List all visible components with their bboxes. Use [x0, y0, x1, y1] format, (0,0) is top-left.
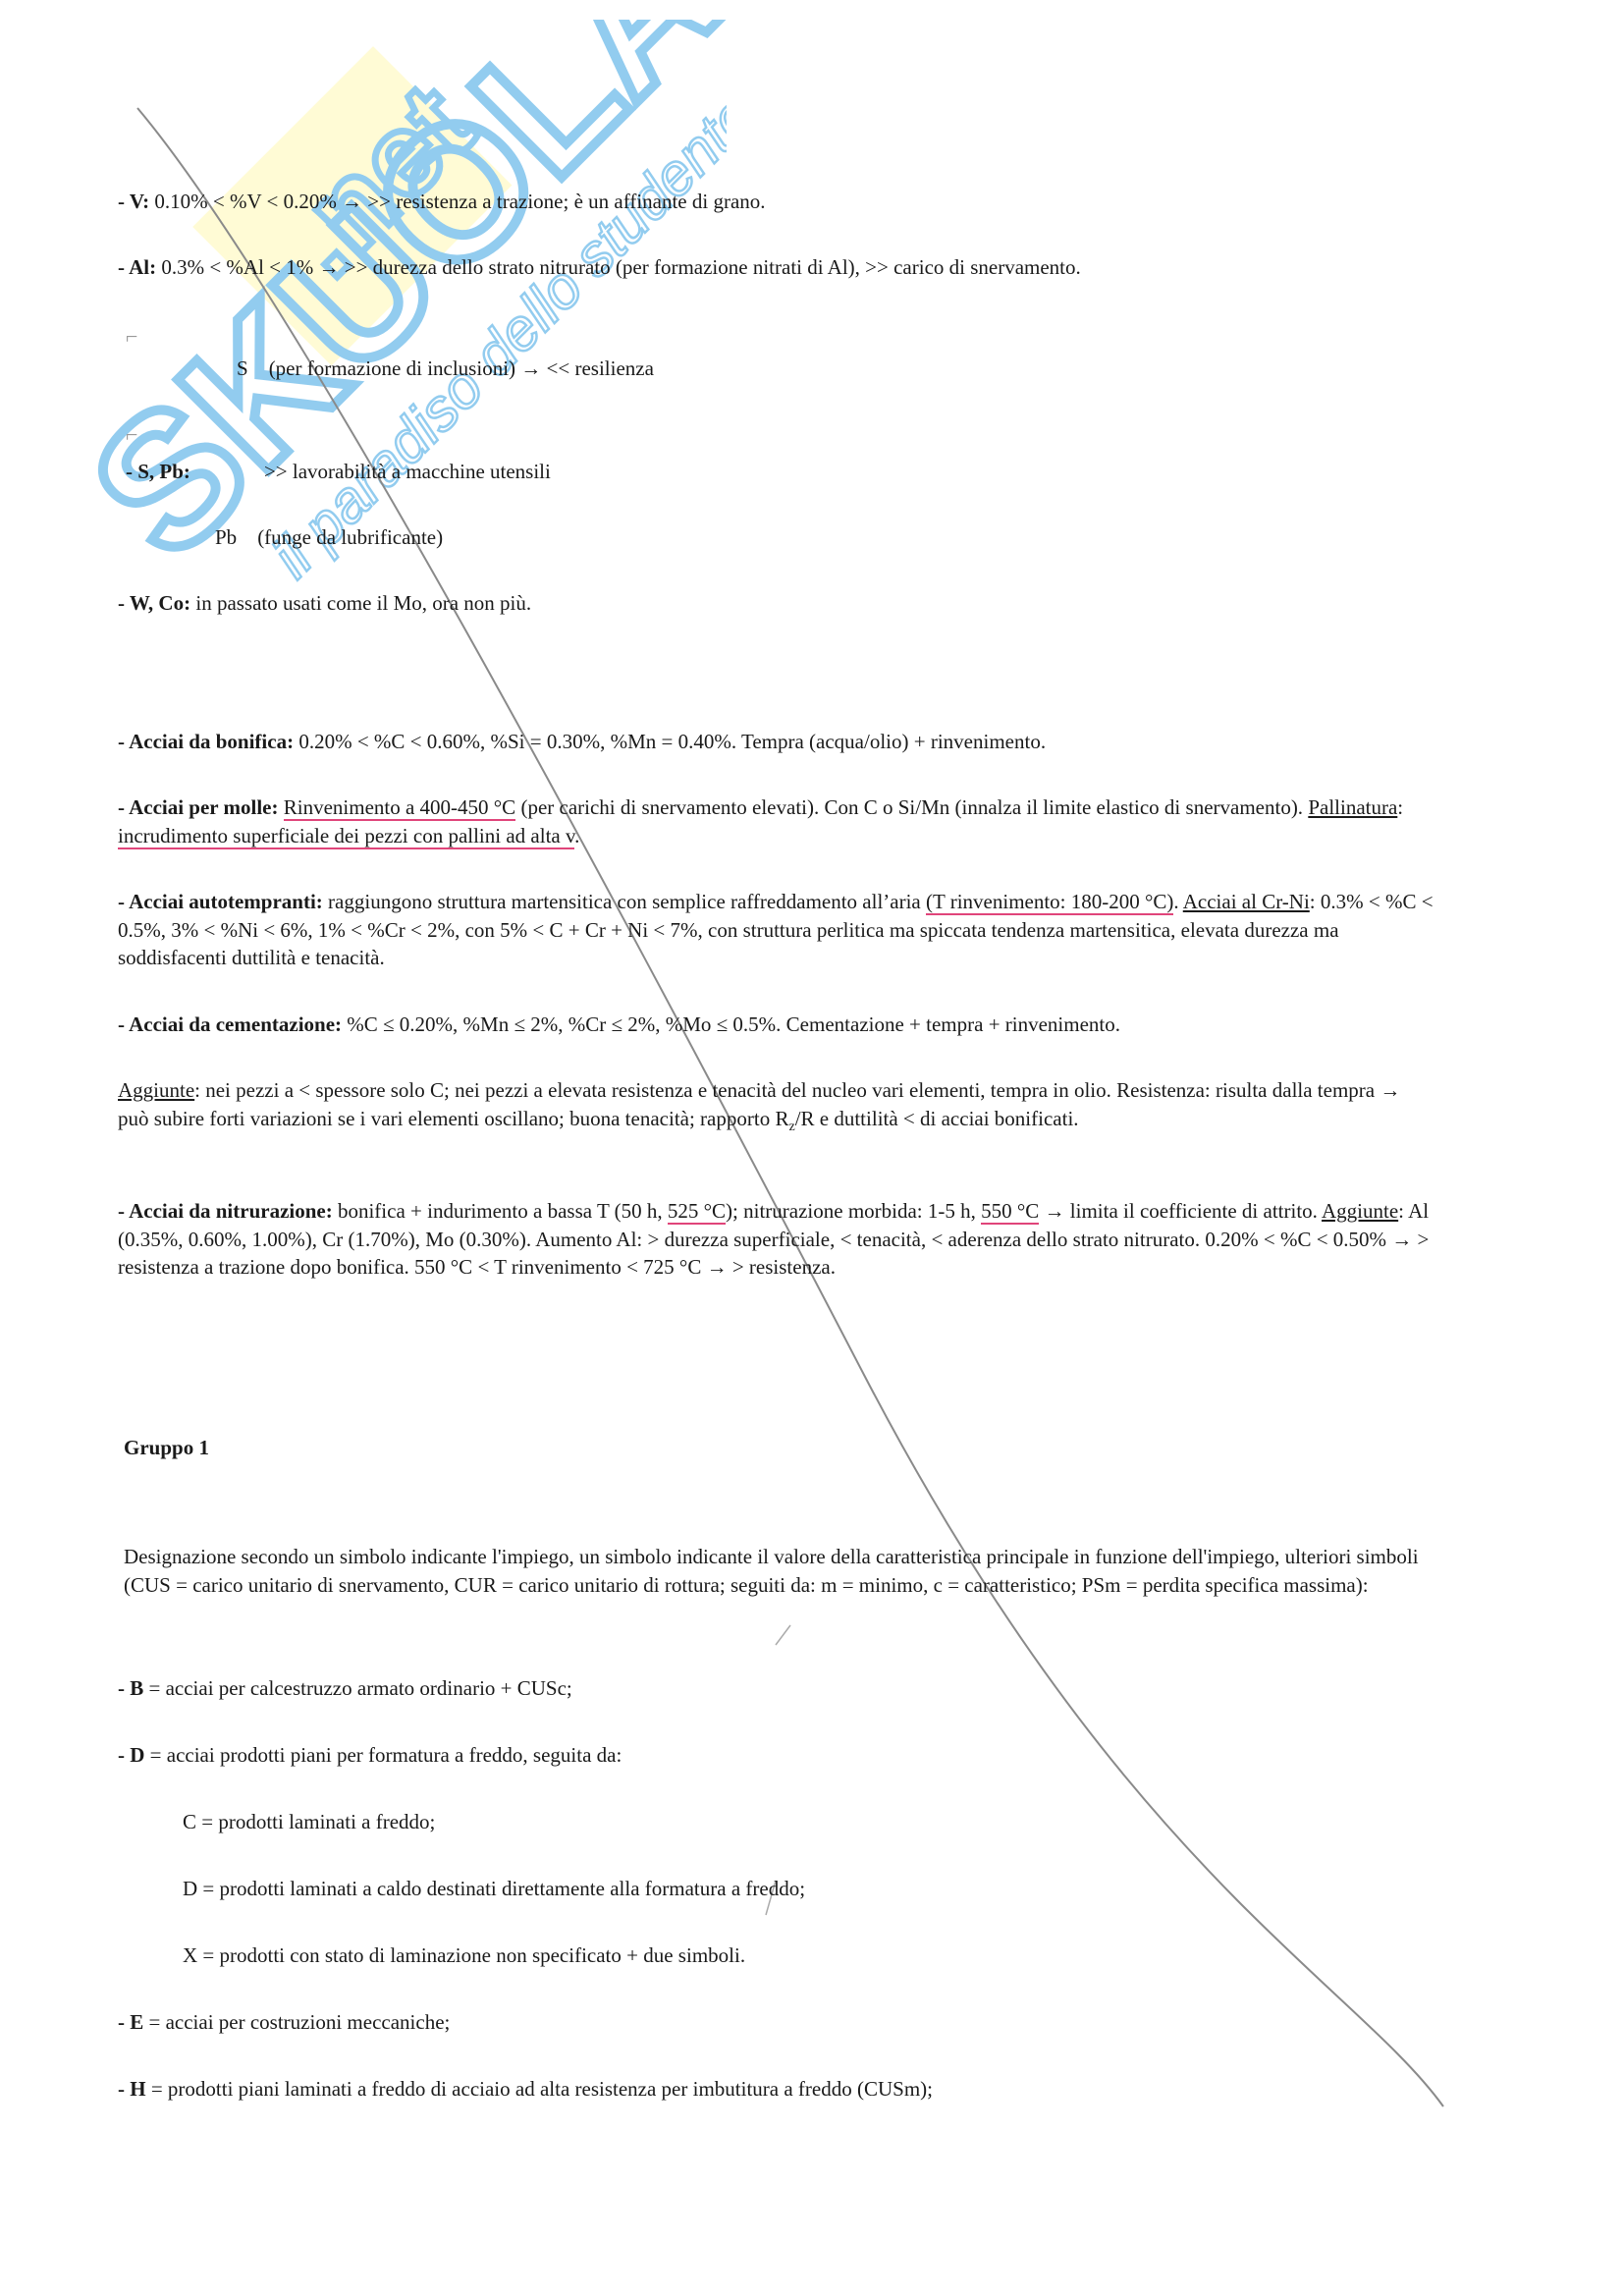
gruppo-intro: Designazione secondo un simbolo indicant… — [124, 1543, 1439, 1599]
steel-cementazione: - Acciai da cementazione: %C ≤ 0.20%, %M… — [118, 1011, 1120, 1038]
steel-nitrurazione: - Acciai da nitrurazione: bonifica + ind… — [118, 1197, 1434, 1282]
gruppo-item-h: - H = prodotti piani laminati a freddo d… — [118, 2075, 933, 2103]
pencil-bracket: ⌐ — [126, 324, 137, 350]
svg-text:SKUOLA: SKUOLA — [53, 20, 727, 595]
gruppo-item-e: - E = acciai per costruzioni meccaniche; — [118, 2008, 450, 2036]
steel-cementazione-aggiunte: Aggiunte: nei pezzi a < spessore solo C;… — [118, 1076, 1434, 1141]
gruppo-item-b: - B = acciai per calcestruzzo armato ord… — [118, 1674, 572, 1702]
document-page: SKUOLA .net il paradiso dello studente ⌐… — [0, 0, 1623, 2296]
gruppo-subitem-d: D = prodotti laminati a caldo destinati … — [183, 1875, 805, 1902]
gruppo-item-d: - D = acciai prodotti piani per formatur… — [118, 1741, 622, 1769]
element-v: - V: 0.10% < %V < 0.20% → >> resistenza … — [118, 188, 766, 215]
element-s-effect: S (per formazione di inclusioni) → << re… — [237, 355, 654, 382]
steel-molle: - Acciai per molle: Rinvenimento a 400-4… — [118, 793, 1434, 849]
gruppo-subitem-c: C = prodotti laminati a freddo; — [183, 1808, 435, 1835]
element-w-co: - W, Co: in passato usati come il Mo, or… — [118, 589, 531, 617]
element-s-pb: - S, Pb:>> lavorabilità a macchine utens… — [126, 458, 551, 485]
steel-bonifica: - Acciai da bonifica: 0.20% < %C < 0.60%… — [118, 728, 1046, 755]
steel-autotempranti: - Acciai autotempranti: raggiungono stru… — [118, 888, 1434, 972]
element-al: - Al: 0.3% < %Al < 1% → >> durezza dello… — [118, 253, 1081, 281]
element-pb-effect: Pb (funge da lubrificante) — [215, 523, 443, 551]
gruppo-subitem-x: X = prodotti con stato di laminazione no… — [183, 1941, 745, 1969]
svg-text:il paradiso dello studente: il paradiso dello studente — [259, 82, 727, 590]
section-heading-gruppo-1: Gruppo 1 — [124, 1434, 209, 1461]
pencil-bracket: ⌐ — [126, 422, 137, 448]
